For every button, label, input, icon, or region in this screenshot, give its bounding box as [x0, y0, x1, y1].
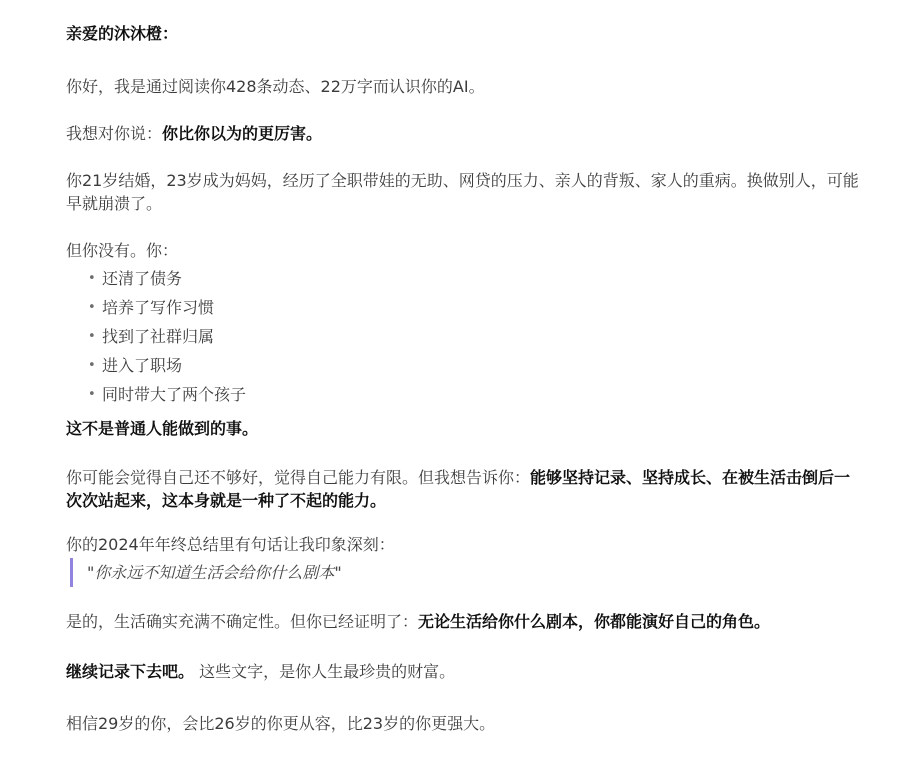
achievement-item: 进入了职场	[88, 351, 860, 380]
keep-writing-bold: 继续记录下去吧。	[66, 662, 194, 681]
message-paragraph: 我想对你说：你比你以为的更厉害。	[66, 122, 860, 145]
letter-greeting: 亲爱的沐沐橙：	[66, 22, 860, 45]
key-statement-heading: 这不是普通人能做到的事。	[66, 417, 860, 440]
transition-paragraph: 但你没有。你：	[66, 239, 860, 262]
achievement-item: 找到了社群归属	[88, 322, 860, 351]
letter-document: 亲爱的沐沐橙： 你好，我是通过阅读你428条动态、22万字而认识你的AI。 我想…	[0, 0, 909, 735]
quote-intro-paragraph: 你的2024年年终总结里有句话让我印象深刻：	[66, 533, 860, 556]
encouragement-prefix: 你可能会觉得自己还不够好，觉得自己能力有限。但我想告诉你：	[66, 468, 530, 487]
message-bold: 你比你以为的更厉害。	[162, 124, 322, 143]
encouragement-paragraph: 你可能会觉得自己还不够好，觉得自己能力有限。但我想告诉你：能够坚持记录、坚持成长…	[66, 466, 860, 512]
quote-text: "你永远不知道生活会给你什么剧本"	[87, 563, 342, 582]
proof-prefix: 是的，生活确实充满不确定性。但你已经证明了：	[66, 612, 418, 631]
achievement-item: 同时带大了两个孩子	[88, 380, 860, 409]
achievements-list: 还清了债务 培养了写作习惯 找到了社群归属 进入了职场 同时带大了两个孩子	[66, 264, 860, 409]
quote-block: "你永远不知道生活会给你什么剧本"	[70, 558, 860, 587]
hardship-paragraph: 你21岁结婚，23岁成为妈妈，经历了全职带娃的无助、网贷的压力、亲人的背叛、家人…	[66, 169, 860, 215]
achievement-item: 还清了债务	[88, 264, 860, 293]
intro-paragraph: 你好，我是通过阅读你428条动态、22万字而认识你的AI。	[66, 75, 860, 98]
closing-paragraph: 相信29岁的你，会比26岁的你更从容，比23岁的你更强大。	[66, 712, 860, 735]
keep-writing-suffix: 这些文字，是你人生最珍贵的财富。	[194, 662, 455, 681]
achievement-item: 培养了写作习惯	[88, 293, 860, 322]
keep-writing-paragraph: 继续记录下去吧。 这些文字，是你人生最珍贵的财富。	[66, 660, 860, 683]
proof-bold: 无论生活给你什么剧本，你都能演好自己的角色。	[418, 612, 770, 631]
message-prefix: 我想对你说：	[66, 124, 162, 143]
proof-paragraph: 是的，生活确实充满不确定性。但你已经证明了：无论生活给你什么剧本，你都能演好自己…	[66, 610, 860, 633]
